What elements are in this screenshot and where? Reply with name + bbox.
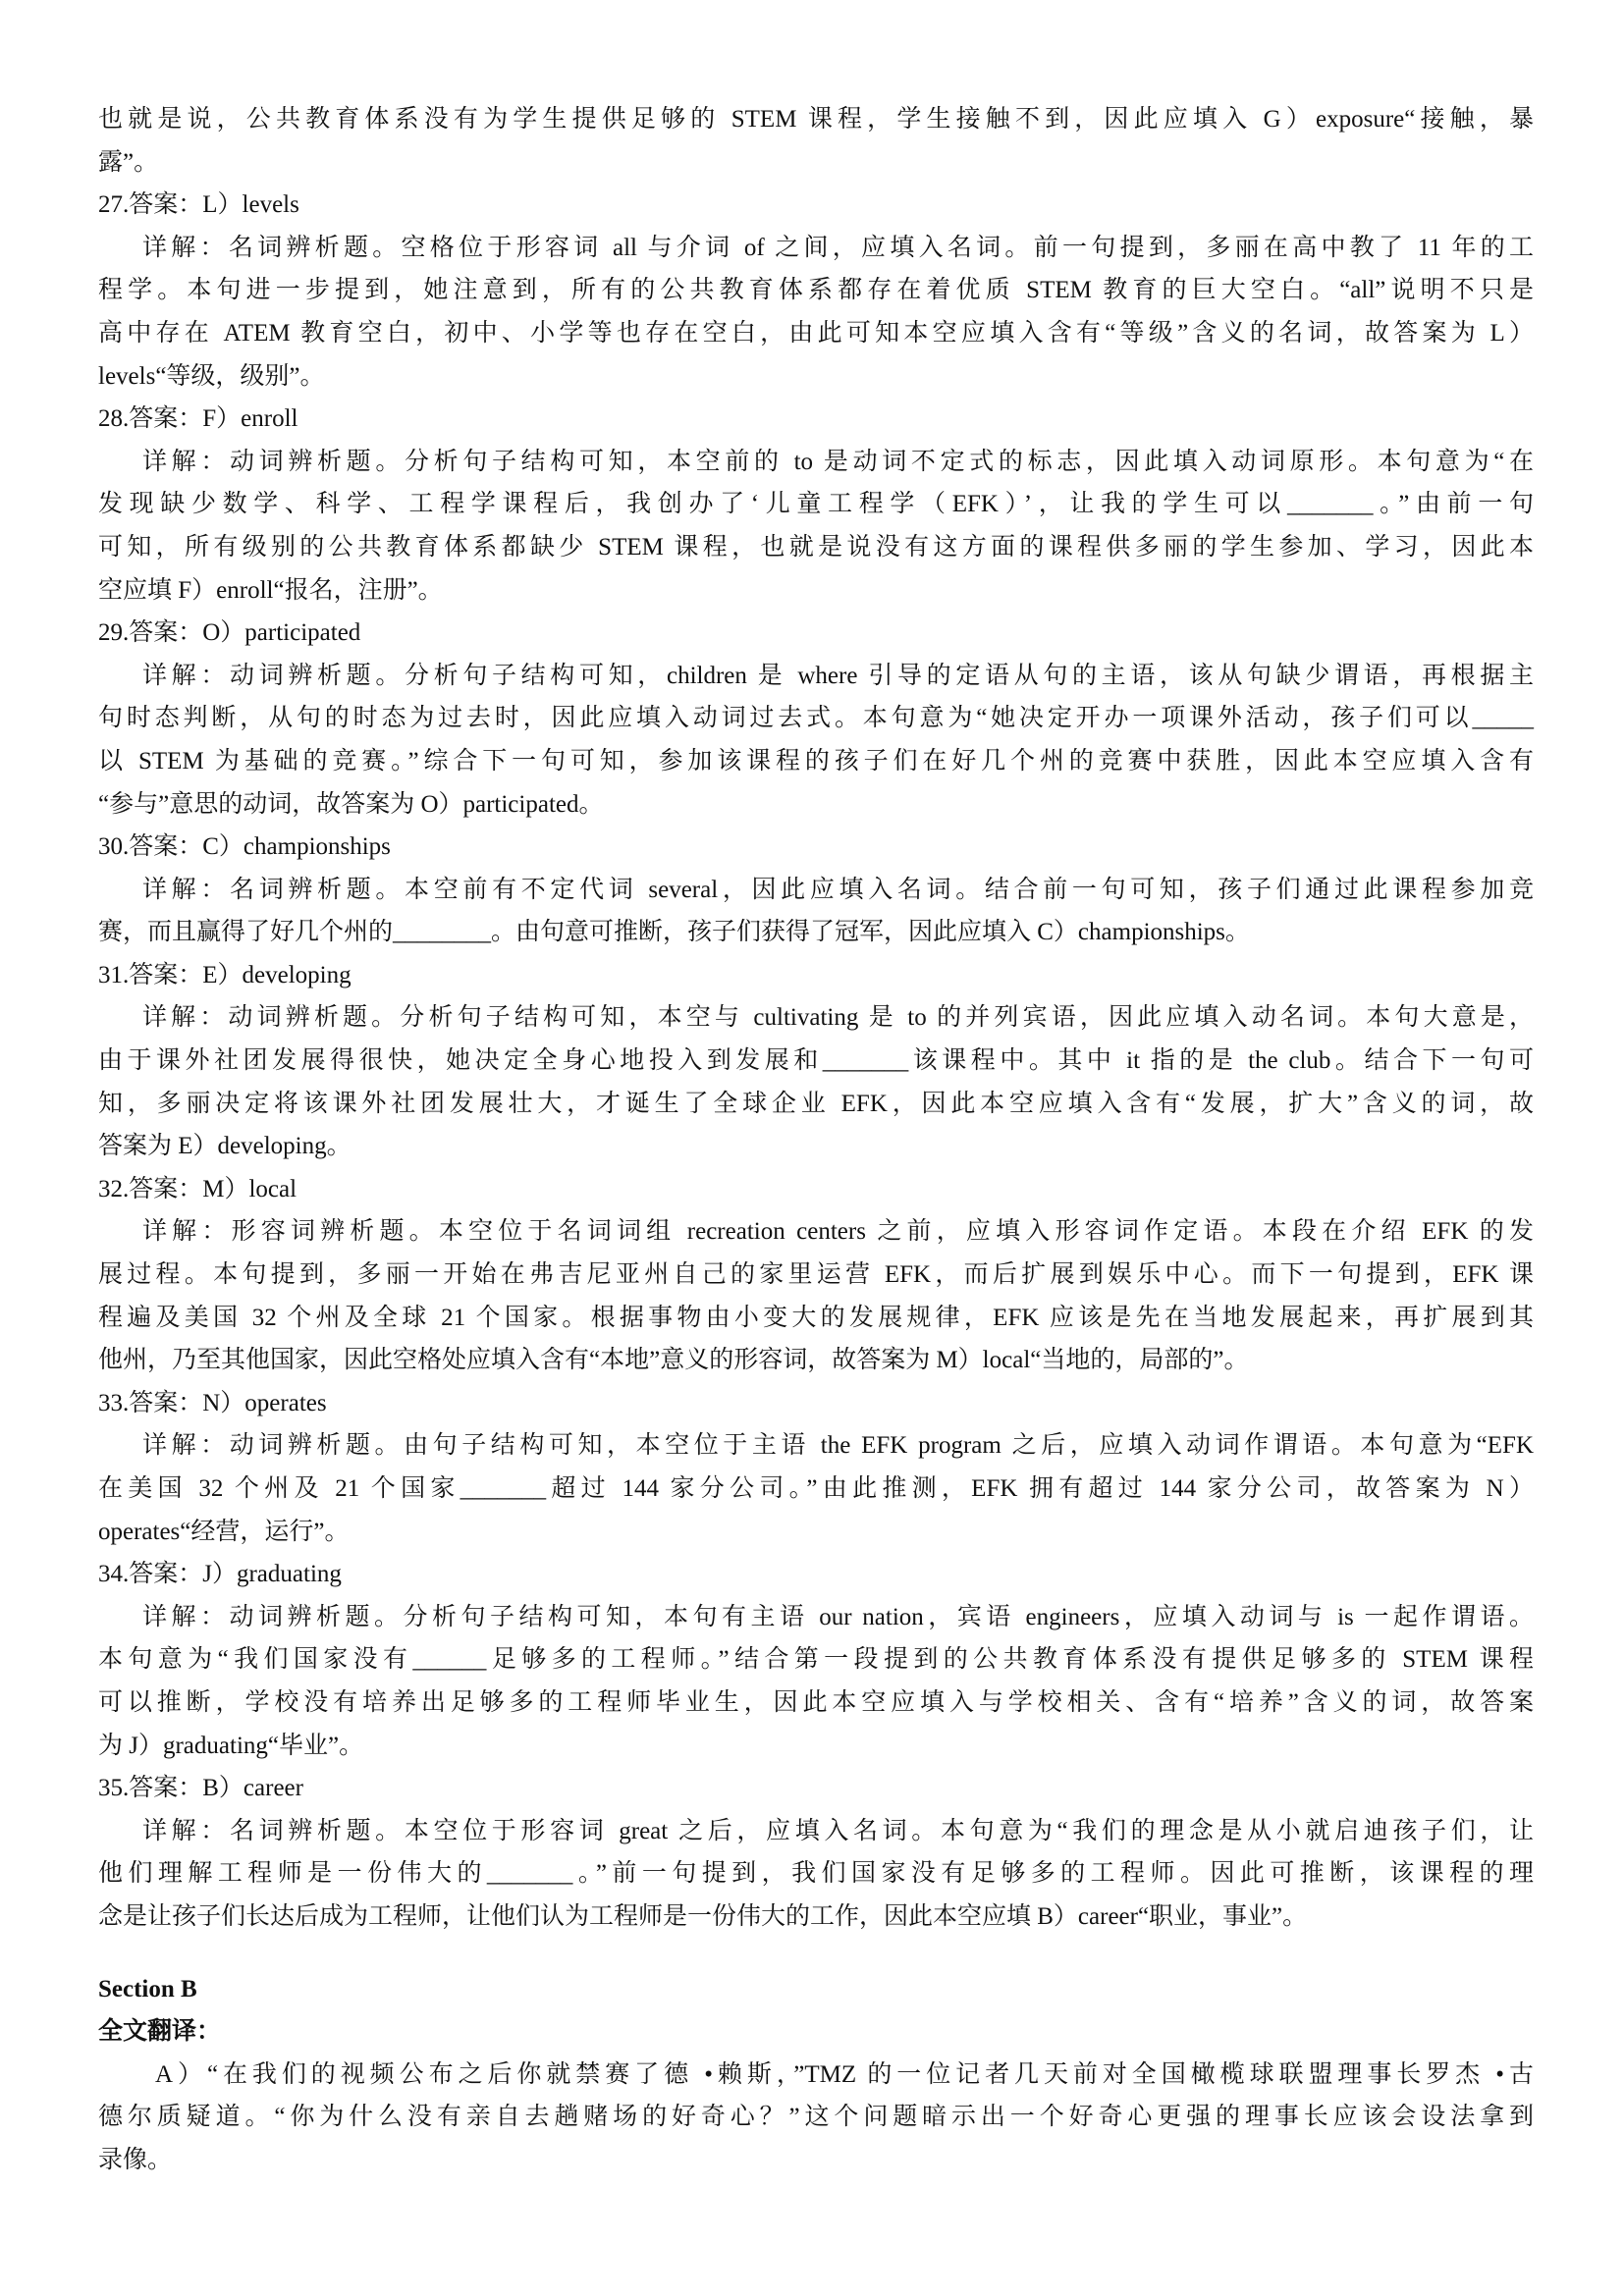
intro-paragraph: 也就是说，公共教育体系没有为学生提供足够的 STEM 课程，学生接触不到，因此应… [98,98,1534,184]
explanation-line: 详解：名词辨析题。本空位于形容词 great 之后，应填入名词。本句意为“我们的… [98,1810,1534,1853]
explanation-line: operates“经营，运行”。 [98,1511,1534,1554]
text-line: 也就是说，公共教育体系没有为学生提供足够的 STEM 课程，学生接触不到，因此应… [98,98,1534,141]
explanation-line: 详解：动词辨析题。分析句子结构可知，本空与 cultivating 是 to 的… [98,996,1534,1040]
translation-line: 德尔质疑道。“你为什么没有亲自去趟赌场的好奇心？”这个问题暗示出一个好奇心更强的… [98,2096,1534,2139]
explanation-line: 知，多丽决定将该课外社团发展壮大，才诞生了全球企业 EFK，因此本空应填入含有“… [98,1083,1534,1126]
explanation-line: 程学。本句进一步提到，她注意到，所有的公共教育体系都存在着优质 STEM 教育的… [98,269,1534,312]
answer-33: 33.答案：N）operates 详解：动词辨析题。由句子结构可知，本空位于主语… [98,1382,1534,1553]
explanation-line: 为 J）graduating“毕业”。 [98,1725,1534,1768]
answer-heading: 28.答案：F）enroll [98,398,1534,441]
section-subtitle: 全文翻译： [98,2010,1534,2054]
answer-heading: 33.答案：N）operates [98,1382,1534,1425]
explanation-line: 以 STEM 为基础的竞赛。”综合下一句可知，参加该课程的孩子们在好几个州的竞赛… [98,740,1534,783]
explanation-line: “参与”意思的动词，故答案为 O）participated。 [98,783,1534,827]
translation-line: A）“在我们的视频公布之后你就禁赛了德 •赖斯，”TMZ 的一位记者几天前对全国… [98,2054,1534,2097]
explanation-line: 详解：形容词辨析题。本空位于名词词组 recreation centers 之前… [98,1210,1534,1254]
explanation-line: 发现缺少数学、科学、工程学课程后，我创办了‘儿童工程学（EFK）’，让我的学生可… [98,483,1534,526]
answer-32: 32.答案：M）local 详解：形容词辨析题。本空位于名词词组 recreat… [98,1168,1534,1382]
section-b: Section B 全文翻译： A）“在我们的视频公布之后你就禁赛了德 •赖斯，… [98,1968,1534,2182]
answer-28: 28.答案：F）enroll 详解：动词辨析题。分析句子结构可知，本空前的 to… [98,398,1534,612]
answer-31: 31.答案：E）developing 详解：动词辨析题。分析句子结构可知，本空与… [98,954,1534,1168]
explanation-line: levels“等级，级别”。 [98,355,1534,399]
section-gap [98,1939,1534,1968]
explanation-line: 他州，乃至其他国家，因此空格处应填入含有“本地”意义的形容词，故答案为 M）lo… [98,1339,1534,1382]
text-line: 露”。 [98,141,1534,185]
answer-heading: 27.答案：L）levels [98,184,1534,227]
explanation-line: 详解：名词辨析题。本空前有不定代词 several，因此应填入名词。结合前一句可… [98,869,1534,912]
explanation-line: 句时态判断，从句的时态为过去时，因此应填入动词过去式。本句意为“她决定开办一项课… [98,697,1534,740]
explanation-line: 在美国 32 个州及 21 个国家_______超过 144 家分公司。”由此推… [98,1468,1534,1511]
explanation-line: 详解：动词辨析题。分析句子结构可知，本空前的 to 是动词不定式的标志，因此填入… [98,441,1534,484]
answer-heading: 29.答案：O）participated [98,612,1534,655]
explanation-line: 高中存在 ATEM 教育空白，初中、小学等也存在空白，由此可知本空应填入含有“等… [98,312,1534,355]
answer-heading: 34.答案：J）graduating [98,1553,1534,1596]
answer-30: 30.答案：C）championships 详解：名词辨析题。本空前有不定代词 … [98,826,1534,954]
document-page: 也就是说，公共教育体系没有为学生提供足够的 STEM 课程，学生接触不到，因此应… [98,98,1534,2182]
section-title: Section B [98,1968,1534,2011]
explanation-line: 程遍及美国 32 个州及全球 21 个国家。根据事物由小变大的发展规律，EFK … [98,1297,1534,1340]
explanation-line: 详解：动词辨析题。分析句子结构可知，本句有主语 our nation，宾语 en… [98,1596,1534,1639]
explanation-line: 展过程。本句提到，多丽一开始在弗吉尼亚州自己的家里运营 EFK，而后扩展到娱乐中… [98,1254,1534,1297]
answer-35: 35.答案：B）career 详解：名词辨析题。本空位于形容词 great 之后… [98,1767,1534,1938]
answer-heading: 30.答案：C）championships [98,826,1534,869]
explanation-line: 可以推断，学校没有培养出足够多的工程师毕业生，因此本空应填入与学校相关、含有“培… [98,1682,1534,1725]
answer-27: 27.答案：L）levels 详解：名词辨析题。空格位于形容词 all 与介词 … [98,184,1534,398]
explanation-line: 详解：动词辨析题。分析句子结构可知，children 是 where 引导的定语… [98,655,1534,698]
explanation-line: 本句意为“我们国家没有______足够多的工程师。”结合第一段提到的公共教育体系… [98,1638,1534,1682]
answer-heading: 32.答案：M）local [98,1168,1534,1211]
explanation-line: 空应填 F）enroll“报名，注册”。 [98,569,1534,613]
explanation-line: 可知，所有级别的公共教育体系都缺少 STEM 课程，也就是说没有这方面的课程供多… [98,526,1534,569]
explanation-line: 念是让孩子们长达后成为工程师，让他们认为工程师是一份伟大的工作，因此本空应填 B… [98,1896,1534,1939]
translation-line: 录像。 [98,2139,1534,2182]
answer-heading: 31.答案：E）developing [98,954,1534,997]
answer-34: 34.答案：J）graduating 详解：动词辨析题。分析句子结构可知，本句有… [98,1553,1534,1767]
answer-heading: 35.答案：B）career [98,1767,1534,1810]
answer-29: 29.答案：O）participated 详解：动词辨析题。分析句子结构可知，c… [98,612,1534,826]
explanation-line: 详解：动词辨析题。由句子结构可知，本空位于主语 the EFK program … [98,1424,1534,1468]
explanation-line: 由于课外社团发展得很快，她决定全身心地投入到发展和_______该课程中。其中 … [98,1040,1534,1083]
explanation-line: 他们理解工程师是一份伟大的_______。”前一句提到，我们国家没有足够多的工程… [98,1852,1534,1896]
explanation-line: 答案为 E）developing。 [98,1125,1534,1168]
explanation-line: 赛，而且赢得了好几个州的________。由句意可推断，孩子们获得了冠军，因此应… [98,911,1534,954]
explanation-line: 详解：名词辨析题。空格位于形容词 all 与介词 of 之间，应填入名词。前一句… [98,227,1534,270]
